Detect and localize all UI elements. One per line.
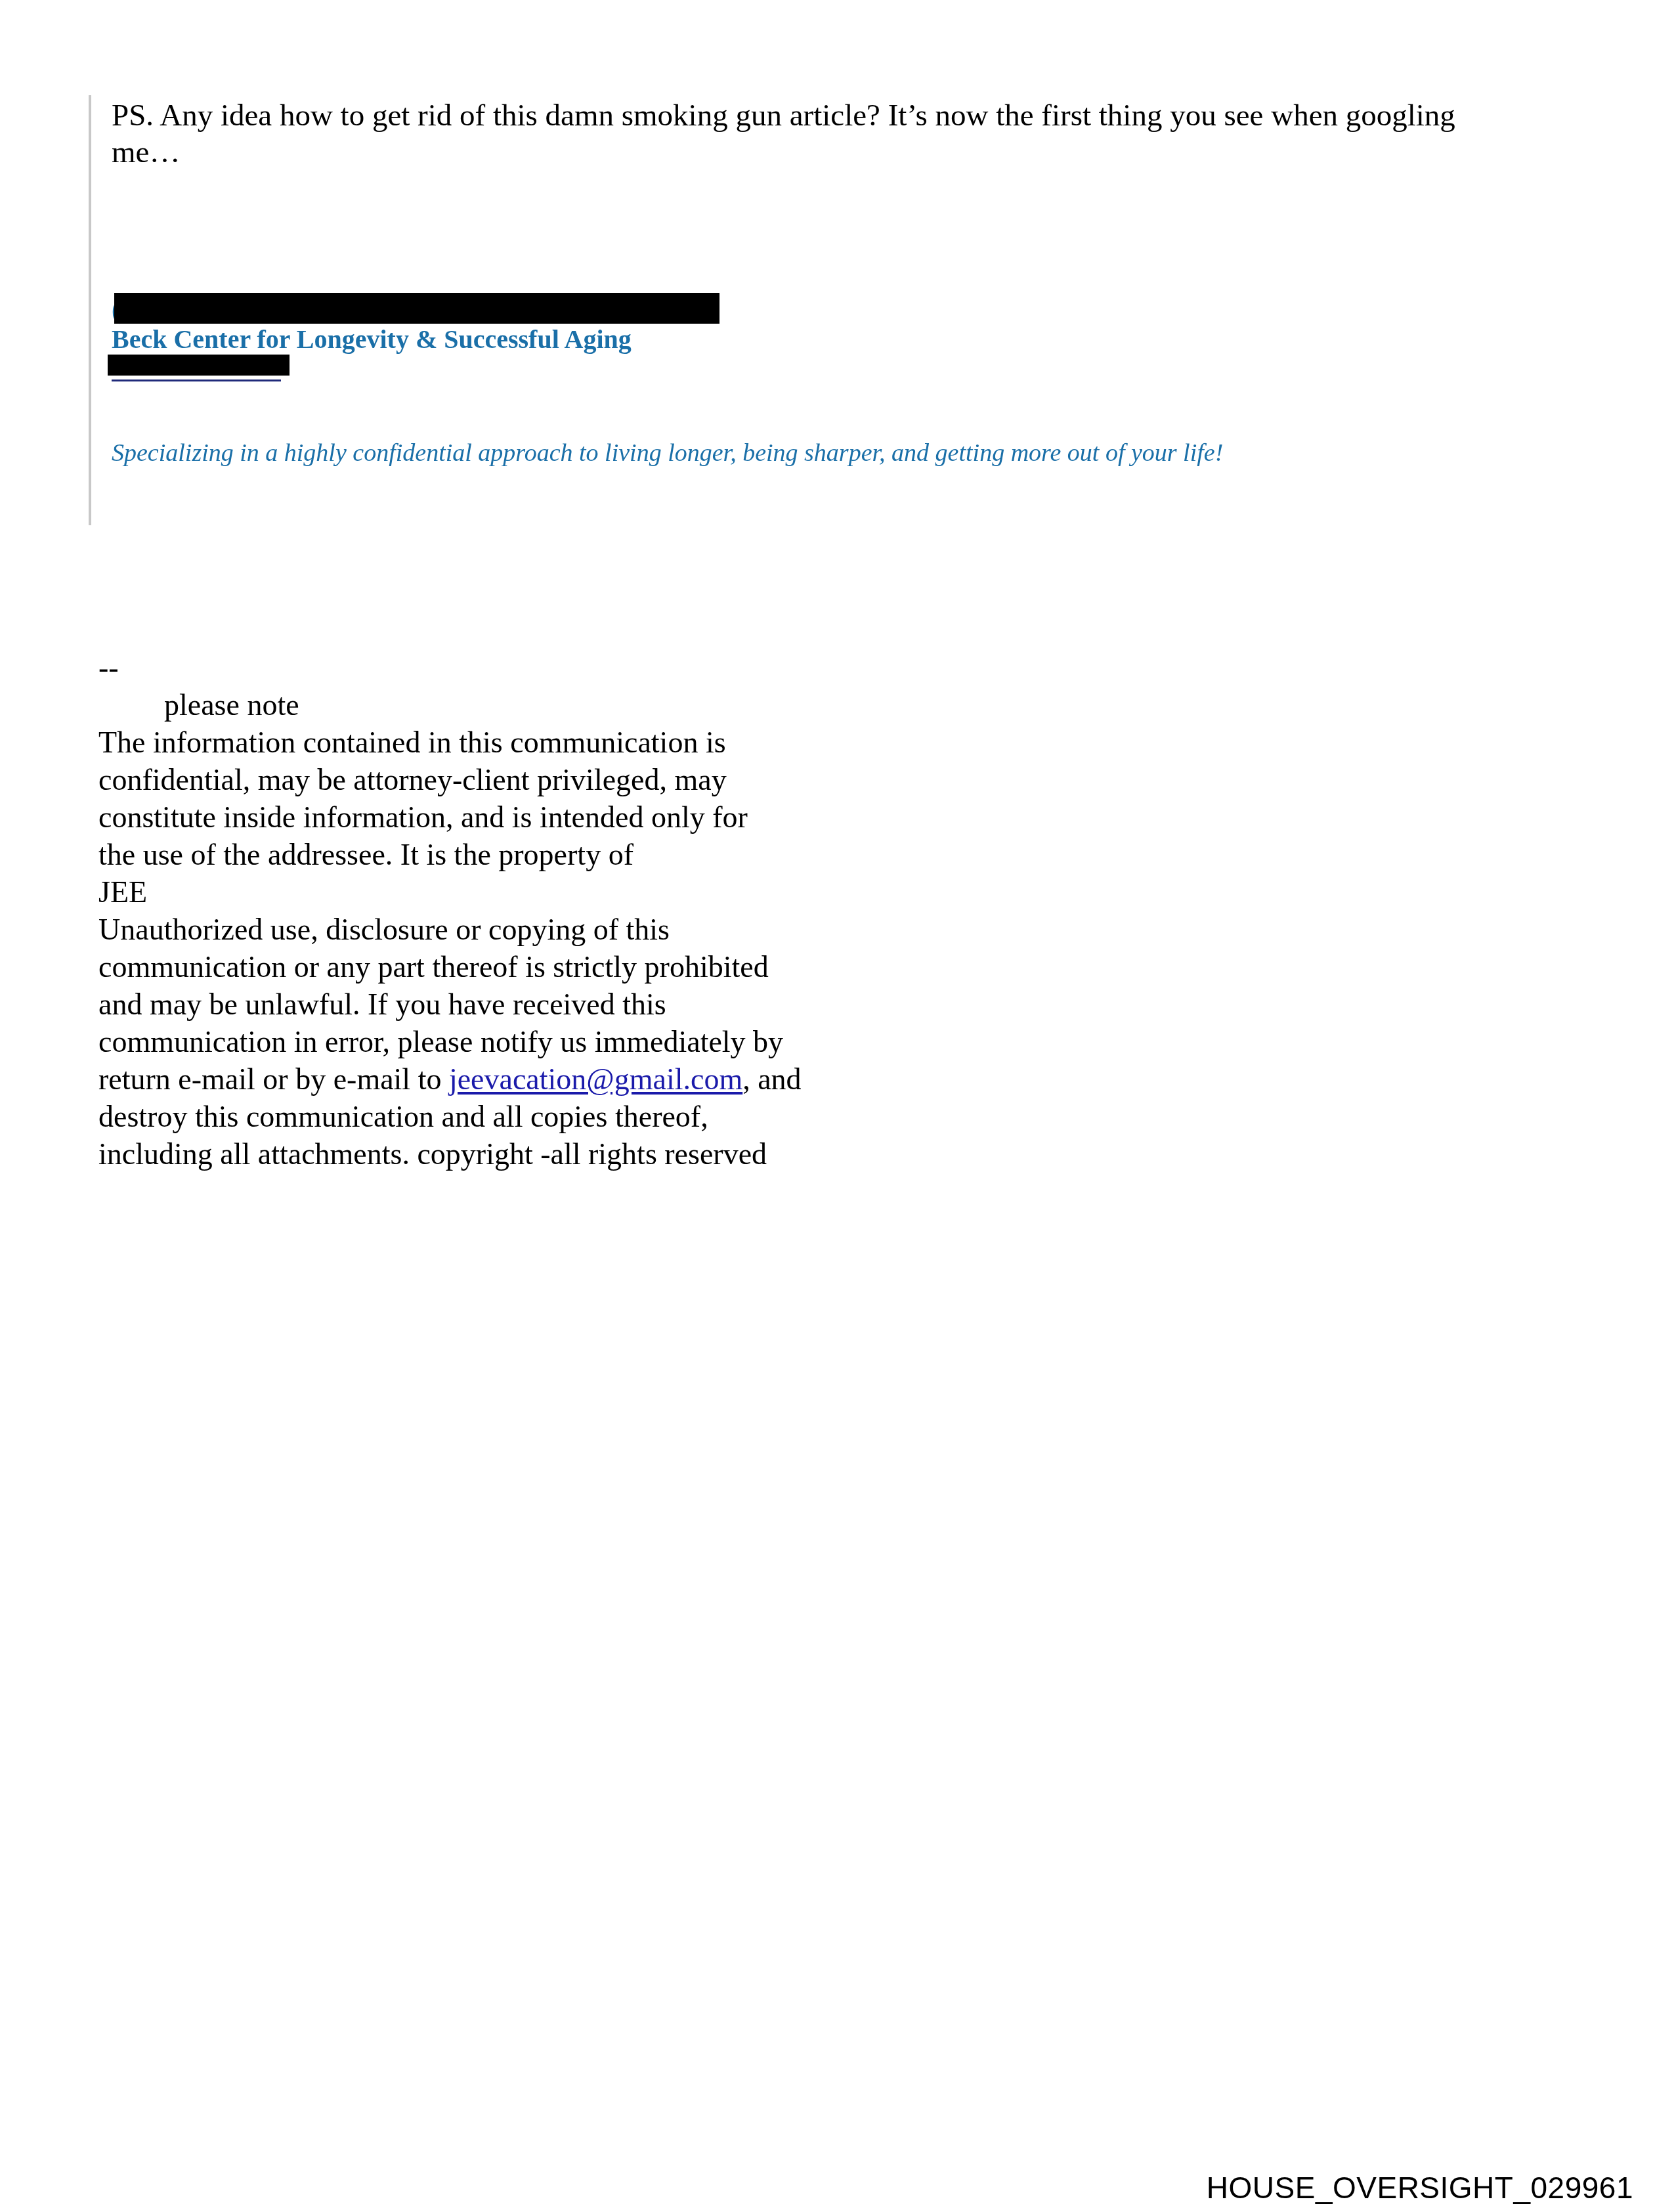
ps-line-2: me… [112,135,180,169]
disclaimer-line: confidential, may be attorney-client pri… [98,761,802,798]
signature-organization: Beck Center for Longevity & Successful A… [112,324,632,355]
disclaimer-line: including all attachments. copyright -al… [98,1135,802,1173]
redaction-box-name [114,293,719,324]
disclaimer-email-line: return e-mail or by e-mail to jeevacatio… [98,1060,802,1098]
disclaimer-line: The information contained in this commun… [98,724,802,761]
disclaimer-line: communication in error, please notify us… [98,1023,802,1060]
disclaimer-line: the use of the addressee. It is the prop… [98,836,802,873]
signature-phone-line [112,355,632,383]
ps-line-1: PS. Any idea how to get rid of this damn… [112,98,1455,133]
disclaimer-line: communication or any part thereof is str… [98,948,802,986]
signature-tagline: Specializing in a highly confidential ap… [112,439,1223,467]
disclaimer-line: Unauthorized use, disclosure or copying … [98,911,802,948]
contact-email-link[interactable]: jeevacation@gmail.com [449,1062,742,1096]
phone-link-underline [112,380,281,381]
disclaimer-line: constitute inside information, and is in… [98,798,802,836]
disclaimer-email-suffix: , and [742,1062,801,1096]
redaction-box-phone [108,355,290,376]
signature-name-line: ( [112,293,632,324]
disclaimer-heading: please note [98,686,802,724]
disclaimer-line: destroy this communication and all copie… [98,1098,802,1135]
disclaimer-line: and may be unlawful. If you have receive… [98,986,802,1023]
confidentiality-disclaimer: -- please note The information contained… [98,649,802,1173]
quoted-reply-bar [89,95,91,525]
signature-separator: -- [98,649,802,686]
ps-message: PS. Any idea how to get rid of this damn… [112,97,1582,171]
bates-number: HOUSE_OVERSIGHT_029961 [1207,2170,1633,2205]
disclaimer-email-prefix: return e-mail or by e-mail to [98,1062,449,1096]
email-signature: ( Beck Center for Longevity & Successful… [112,293,632,383]
disclaimer-line: JEE [98,873,802,911]
